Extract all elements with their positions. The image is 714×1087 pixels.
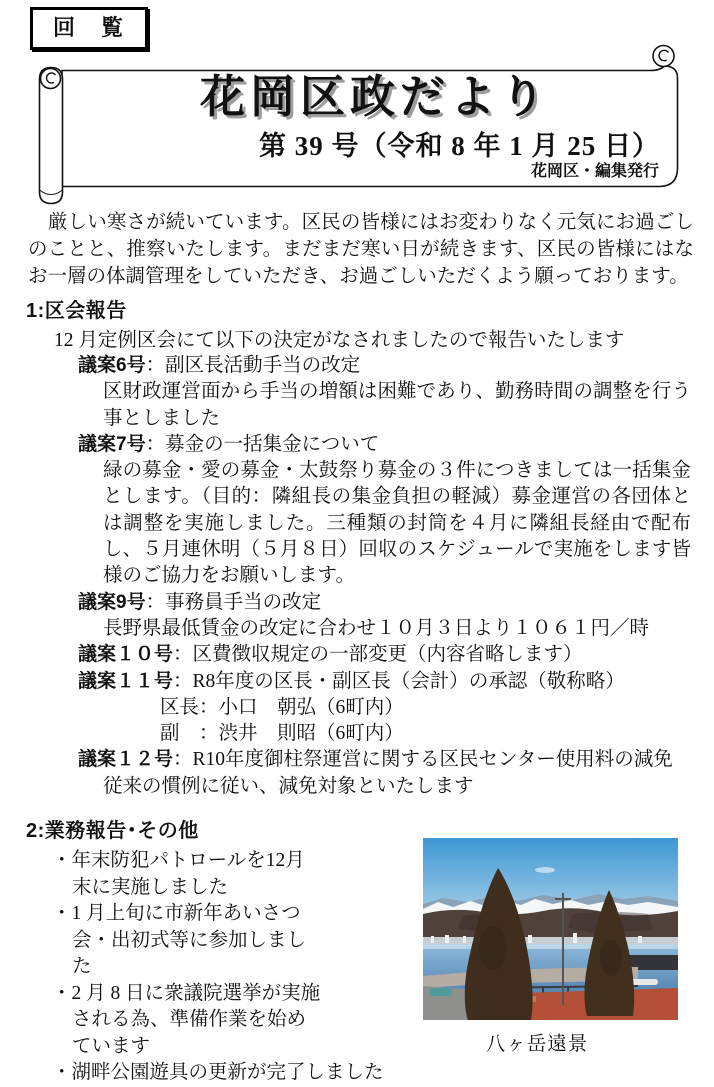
scroll-right-curl	[653, 46, 674, 67]
publisher-line: 花岡区・編集発行	[531, 163, 659, 181]
proposal-body: 区財政運営面から手当の増額は困難であり、勤務時間の調整を行う事としました	[103, 379, 691, 432]
proposal-item: 議案6号：副区長活動手当の改定 区財政運営面から手当の増額は困難であり、勤務時間…	[78, 353, 693, 432]
photo-lake-shine	[423, 944, 678, 949]
issue-number-line: 第 39 号（令和 8 年 1 月 25 日）	[259, 130, 660, 162]
proposal-title: 募金の一括集金について	[165, 434, 379, 455]
intro-paragraph: 厳しい寒さが続いています。区民の皆様にはお変わりなく元気にお過ごしのことと、推察…	[28, 209, 694, 290]
bullet-text: 2 月 8 日に衆議院選挙が実施される為、準備作業を始めています	[72, 983, 321, 1057]
proposal-item: 議案9号：事務員手当の改定 長野県最低賃金の改定に合わせ１０月３日より１０６１円…	[78, 590, 693, 643]
proposal-label: 議案6号	[78, 355, 146, 376]
proposal-item: 議案１０号：区費徴収規定の一部変更（内容省略します）	[78, 642, 693, 668]
proposal-label: 議案１１号	[78, 671, 173, 692]
proposal-item: 議案7号：募金の一括集金について 緑の募金・愛の募金・太鼓祭り募金の３件につきま…	[78, 432, 693, 590]
proposal-title: R10年度御柱祭運営に関する区民センター使用料の減免	[193, 749, 673, 770]
proposal-item: 議案１２号：R10年度御柱祭運営に関する区民センター使用料の減免 従来の慣例に従…	[78, 747, 693, 800]
proposal-label: 議案7号	[78, 434, 146, 455]
bullet-marker: ・	[52, 1062, 72, 1083]
newsletter-page: 回 覧 花岡区政だより 第 39 号（令和 8 年 1 月 25 日） 花岡区・…	[0, 0, 714, 1087]
proposal-colon: ：	[173, 671, 193, 692]
proposal-colon: ：	[146, 434, 166, 455]
photo-image	[423, 838, 678, 1020]
circulation-stamp: 回 覧	[30, 7, 148, 50]
photo-cloud	[535, 867, 555, 873]
proposal-title: 事務員手当の改定	[165, 592, 321, 613]
section1-heading: 1:区会報告	[26, 299, 127, 323]
photo-light-pole	[562, 893, 564, 1005]
proposal-label: 議案9号	[78, 592, 146, 613]
officer-name-line: 区長：小口 朝弘（6町内）	[160, 695, 691, 721]
proposal-title: R8年度の区長・副区長（会計）の承認（敬称略）	[193, 671, 625, 692]
proposal-list: 議案6号：副区長活動手当の改定 区財政運営面から手当の増額は困難であり、勤務時間…	[78, 353, 693, 800]
proposal-colon: ：	[146, 592, 166, 613]
officer-name-line: 副 ：渋井 則昭（6町内）	[160, 721, 691, 747]
scenic-photo	[423, 838, 678, 1020]
photo-car	[430, 988, 452, 996]
proposal-body: 緑の募金・愛の募金・太鼓祭り募金の３件につきましては一括集金とします。（目的：隣…	[103, 458, 691, 589]
proposal-colon: ：	[146, 355, 166, 376]
bullet-text: 1 月上旬に市新年あいさつ会・出初式等に参加しました	[72, 903, 307, 977]
bullet-text: 湖畔公園遊具の更新が完了しました	[72, 1062, 384, 1083]
proposal-item: 議案１１号：R8年度の区長・副区長（会計）の承認（敬称略） 区長：小口 朝弘（6…	[78, 669, 693, 748]
newsletter-title: 花岡区政だより	[100, 72, 650, 122]
proposal-body: 従来の慣例に従い、減免対象といたします	[103, 774, 691, 800]
list-item: ・2 月 8 日に衆議院選挙が実施される為、準備作業を始めています	[52, 981, 324, 1061]
proposal-colon: ：	[173, 749, 193, 770]
photo-tree-shading	[479, 926, 507, 970]
proposal-title: 副区長活動手当の改定	[165, 355, 360, 376]
list-item: ・1 月上旬に市新年あいさつ会・出初式等に参加しました	[52, 901, 324, 981]
proposal-label: 議案１０号	[78, 644, 173, 665]
section2-heading: 2:業務報告･その他	[26, 819, 199, 843]
scroll-left-curl	[41, 69, 61, 89]
proposal-body: 長野県最低賃金の改定に合わせ１０月３日より１０６１円／時	[103, 616, 691, 642]
proposal-title: 区費徴収規定の一部変更（内容省略します）	[193, 644, 583, 665]
proposal-label: 議案１２号	[78, 749, 173, 770]
list-item: ・湖畔公園遊具の更新が完了しました	[52, 1060, 492, 1087]
photo-caption: 八ヶ岳遠景	[423, 1033, 651, 1057]
photo-pole-arm	[555, 898, 571, 900]
bullet-marker: ・	[52, 903, 72, 924]
bullet-text: 年末防犯パトロールを12月末に実施しました	[72, 850, 305, 898]
section1-lead: 12 月定例区会にて以下の決定がなされましたので報告いたします	[54, 327, 624, 354]
bullet-marker: ・	[52, 850, 72, 871]
proposal-colon: ：	[173, 644, 193, 665]
photo-tree-shading	[600, 940, 622, 976]
list-item: ・年末防犯パトロールを12月末に実施しました	[52, 848, 324, 901]
report-bullet-list: ・年末防犯パトロールを12月末に実施しました ・1 月上旬に市新年あいさつ会・出…	[52, 848, 324, 1087]
bullet-marker: ・	[52, 983, 72, 1004]
circulation-label: 回 覧	[53, 15, 125, 40]
